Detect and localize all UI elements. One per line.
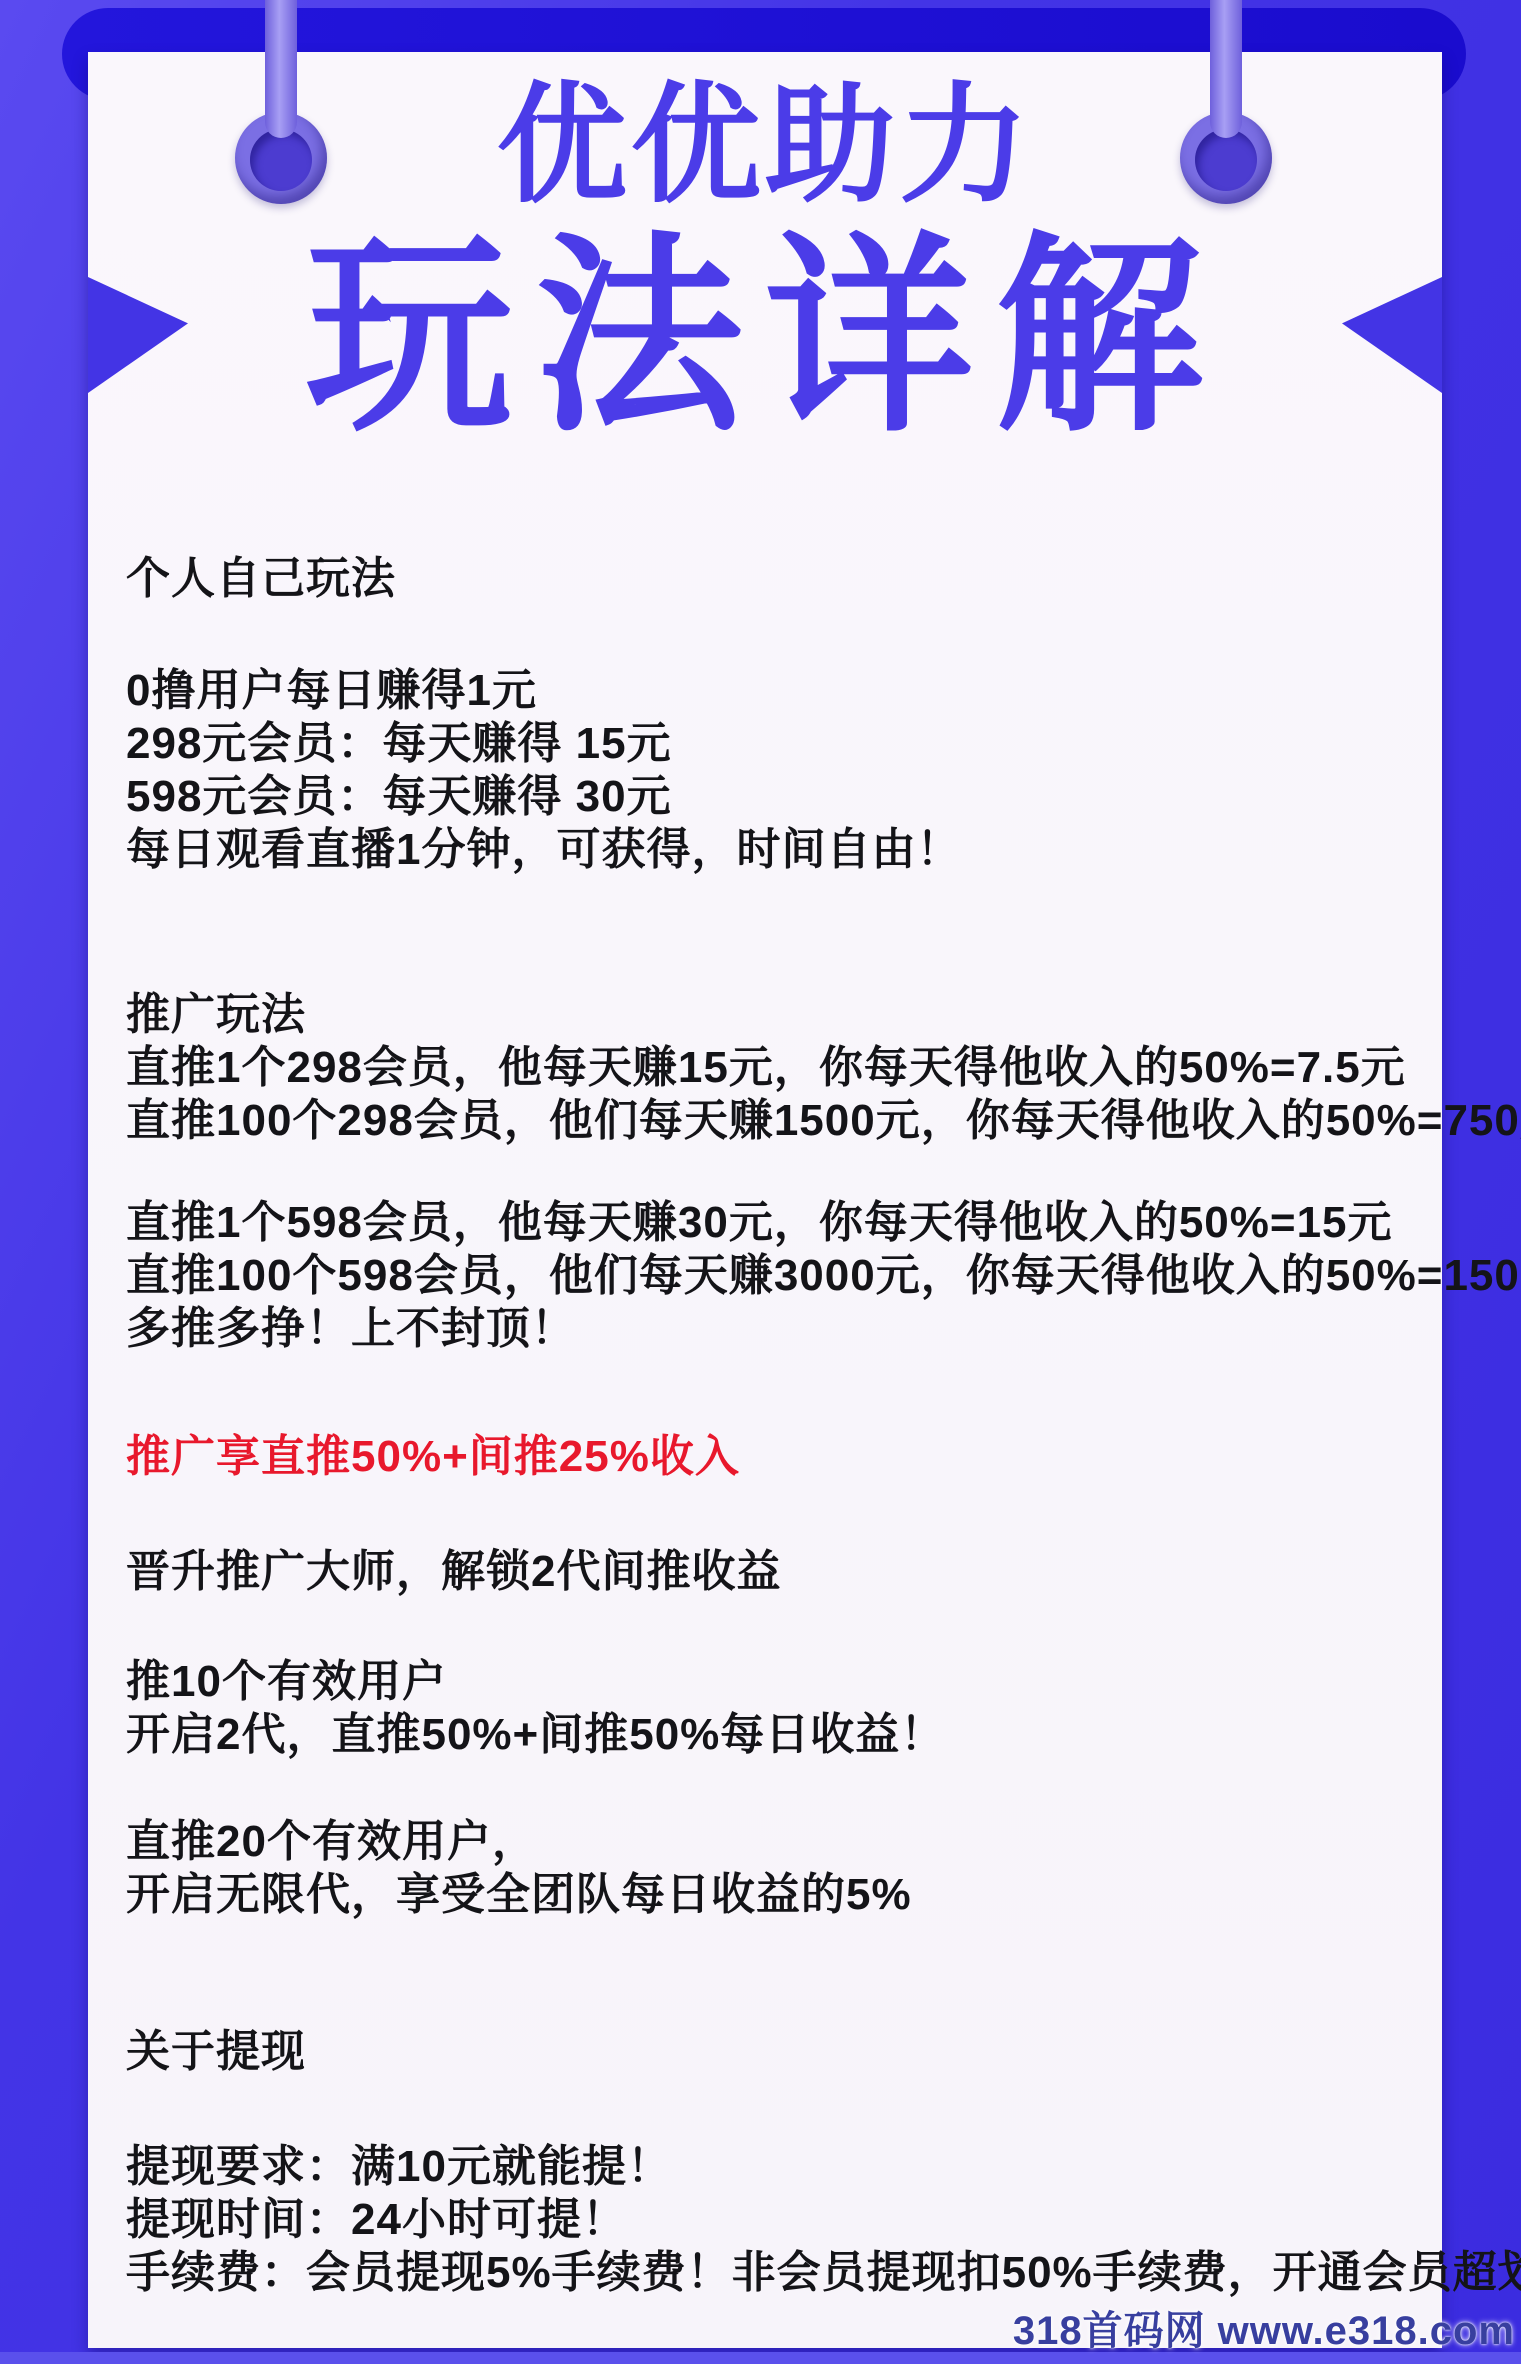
section-withdraw-heading: 关于提现	[126, 2025, 1456, 2078]
section-personal-heading: 个人自己玩法	[126, 552, 1456, 605]
text-line: 0撸用户每日赚得1元	[126, 664, 1456, 717]
text-line: 手续费：会员提现5%手续费！非会员提现扣50%手续费，开通会员超划算！	[126, 2246, 1456, 2299]
text-line: 直推20个有效用户，	[126, 1815, 1456, 1868]
section-highlight: 推广享直推50%+间推25%收入	[126, 1430, 1456, 1483]
section-promo-598: 直推1个598会员，他每天赚30元，你每天得他收入的50%=15元 直推100个…	[126, 1196, 1456, 1355]
section-master: 晋升推广大师，解锁2代间推收益	[126, 1545, 1456, 1598]
personal-heading: 个人自己玩法	[126, 552, 1456, 605]
section-withdraw-lines: 提现要求：满10元就能提！ 提现时间：24小时可提！ 手续费：会员提现5%手续费…	[126, 2140, 1456, 2299]
text-line: 298元会员：每天赚得 15元	[126, 717, 1456, 770]
section-promo-298: 推广玩法 直推1个298会员，他每天赚15元，你每天得他收入的50%=7.5元 …	[126, 988, 1456, 1147]
promo-heading: 推广玩法	[126, 988, 1456, 1041]
watermark: 318首码网 www.e318.com	[1013, 2299, 1515, 2356]
hanging-strap-left	[265, 0, 297, 138]
text-line: 直推1个298会员，他每天赚15元，你每天得他收入的50%=7.5元	[126, 1041, 1456, 1094]
text-line: 推10个有效用户	[126, 1655, 1456, 1708]
text-line: 每日观看直播1分钟，可获得，时间自由！	[126, 823, 1456, 876]
poster-background: 优优助力 玩法详解 个人自己玩法 0撸用户每日赚得1元 298元会员：每天赚得 …	[0, 0, 1521, 2364]
poster-subtitle: 玩法详解	[88, 222, 1442, 455]
text-line: 提现要求：满10元就能提！	[126, 2140, 1456, 2193]
text-line: 直推100个298会员，他们每天赚1500元，你每天得他收入的50%=750元	[126, 1094, 1456, 1147]
text-line: 开启无限代，享受全团队每日收益的5%	[126, 1868, 1456, 1921]
text-line: 598元会员：每天赚得 30元	[126, 770, 1456, 823]
highlight-line: 推广享直推50%+间推25%收入	[126, 1430, 1456, 1483]
section-twenty-users: 直推20个有效用户， 开启无限代，享受全团队每日收益的5%	[126, 1815, 1456, 1921]
poster-body: 个人自己玩法 0撸用户每日赚得1元 298元会员：每天赚得 15元 598元会员…	[126, 552, 1456, 2299]
section-personal-lines: 0撸用户每日赚得1元 298元会员：每天赚得 15元 598元会员：每天赚得 3…	[126, 664, 1456, 876]
text-line: 直推100个598会员，他们每天赚3000元，你每天得他收入的50%=1500元	[126, 1249, 1456, 1302]
text-line: 提现时间：24小时可提！	[126, 2193, 1456, 2246]
withdraw-heading: 关于提现	[126, 2025, 1456, 2078]
text-line: 多推多挣！上不封顶！	[126, 1302, 1456, 1355]
text-line: 直推1个598会员，他每天赚30元，你每天得他收入的50%=15元	[126, 1196, 1456, 1249]
text-line: 晋升推广大师，解锁2代间推收益	[126, 1545, 1456, 1598]
hanging-strap-right	[1210, 0, 1242, 138]
section-ten-users: 推10个有效用户 开启2代，直推50%+间推50%每日收益！	[126, 1655, 1456, 1761]
text-line: 开启2代，直推50%+间推50%每日收益！	[126, 1708, 1456, 1761]
